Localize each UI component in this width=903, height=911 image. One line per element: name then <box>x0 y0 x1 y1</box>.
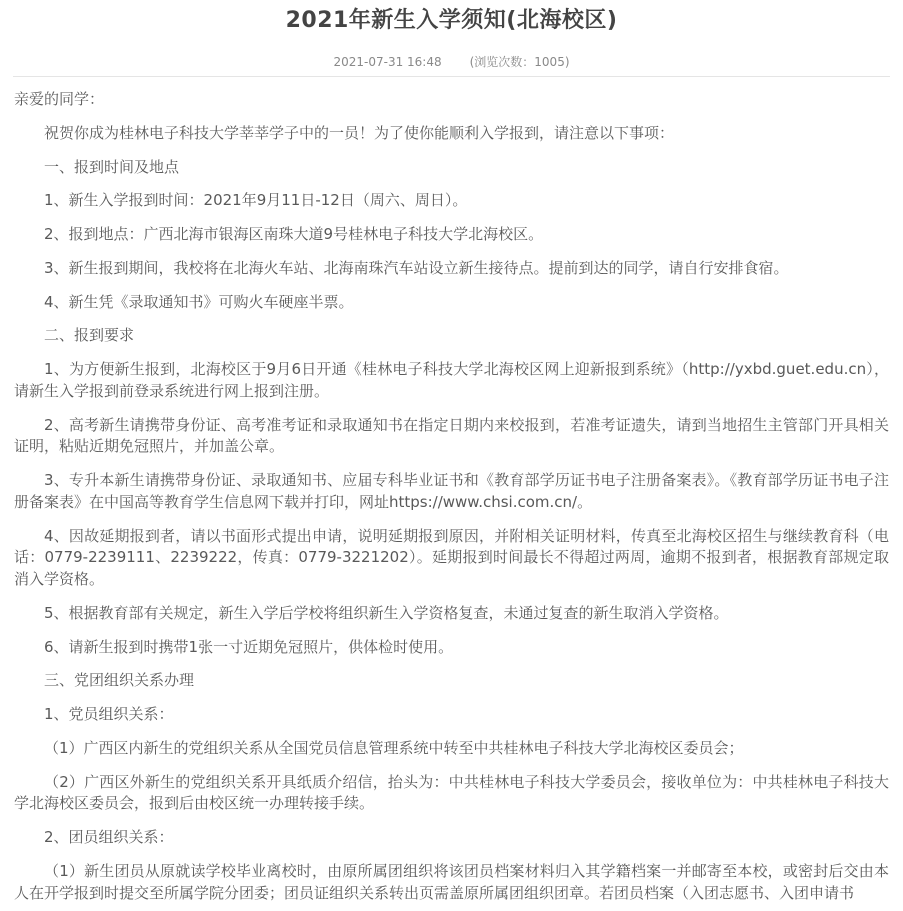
paragraph: 6、请新生报到时携带1张一寸近期免冠照片，供体检时使用。 <box>14 637 889 659</box>
paragraph: 1、新生入学报到时间：2021年9月11日-12日（周六、周日）。 <box>14 190 889 212</box>
page-title: 2021年新生入学须知(北海校区) <box>0 6 903 36</box>
paragraph: 1、党员组织关系： <box>14 704 889 726</box>
article-body: 亲爱的同学：祝贺你成为桂林电子科技大学莘莘学子中的一员！为了使你能顺利入学报到，… <box>0 89 903 904</box>
paragraph: 4、新生凭《录取通知书》可购火车硬座半票。 <box>14 292 889 314</box>
paragraph: 二、报到要求 <box>14 325 889 347</box>
paragraph: 一、报到时间及地点 <box>14 157 889 179</box>
paragraph: 祝贺你成为桂林电子科技大学莘莘学子中的一员！为了使你能顺利入学报到，请注意以下事… <box>14 123 889 145</box>
paragraph: 4、因故延期报到者，请以书面形式提出申请，说明延期报到原因，并附相关证明材料，传… <box>14 526 889 591</box>
publish-date: 2021-07-31 16:48 <box>333 55 441 69</box>
paragraph: 3、新生报到期间，我校将在北海火车站、北海南珠汽车站设立新生接待点。提前到达的同… <box>14 258 889 280</box>
paragraph: 2、团员组织关系： <box>14 827 889 849</box>
paragraph: （1）新生团员从原就读学校毕业离校时，由原所属团组织将该团员档案材料归入其学籍档… <box>14 861 889 905</box>
paragraph: 三、党团组织关系办理 <box>14 670 889 692</box>
paragraph: 2、报到地点：广西北海市银海区南珠大道9号桂林电子科技大学北海校区。 <box>14 224 889 246</box>
paragraph: 1、为方便新生报到，北海校区于9月6日开通《桂林电子科技大学北海校区网上迎新报到… <box>14 359 889 403</box>
paragraph: （1）广西区内新生的党组织关系从全国党员信息管理系统中转至中共桂林电子科技大学北… <box>14 738 889 760</box>
paragraph: （2）广西区外新生的党组织关系开具纸质介绍信，抬头为：中共桂林电子科技大学委员会… <box>14 772 889 816</box>
notice-article-page: 2021年新生入学须知(北海校区) 2021-07-31 16:48(浏览次数：… <box>0 0 903 911</box>
paragraph: 亲爱的同学： <box>14 89 889 111</box>
paragraph: 5、根据教育部有关规定，新生入学后学校将组织新生入学资格复查，未通过复查的新生取… <box>14 603 889 625</box>
paragraph: 2、高考新生请携带身份证、高考准考证和录取通知书在指定日期内来校报到，若准考证遗… <box>14 415 889 459</box>
header-divider <box>13 76 890 77</box>
article-header: 2021年新生入学须知(北海校区) 2021-07-31 16:48(浏览次数：… <box>0 6 903 69</box>
paragraph: 3、专升本新生请携带身份证、录取通知书、应届专科毕业证书和《教育部学历证书电子注… <box>14 470 889 514</box>
view-count: (浏览次数：1005) <box>470 55 570 69</box>
article-meta: 2021-07-31 16:48(浏览次数：1005) <box>0 55 903 69</box>
